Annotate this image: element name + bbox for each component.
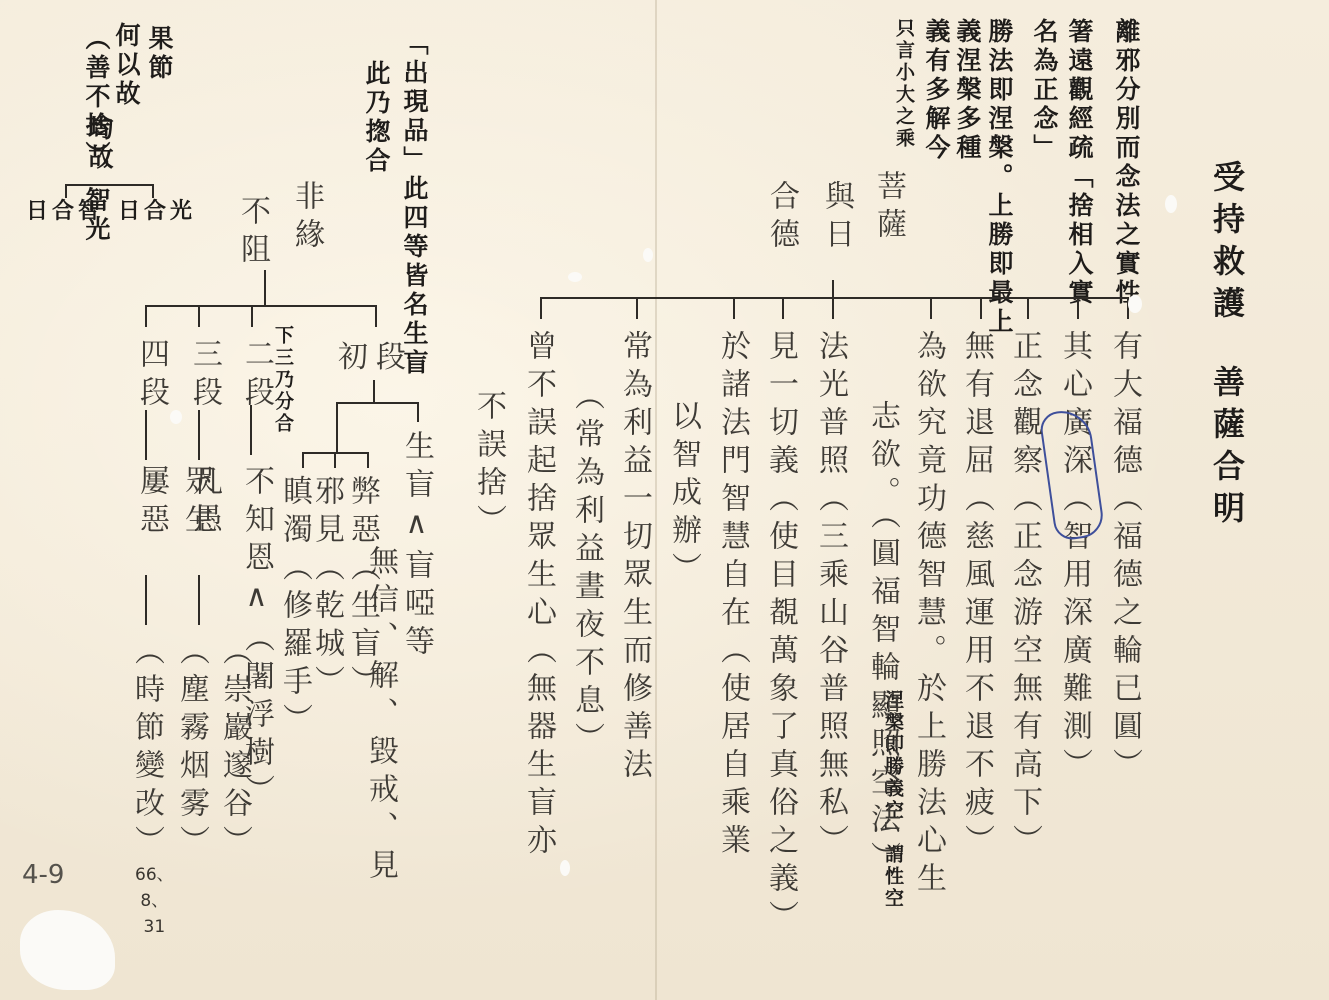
blue-pencil-loop-mark (1038, 407, 1105, 542)
left-tree-bar (145, 305, 375, 307)
branch-ri-he-zhi: 日合智 (26, 198, 104, 226)
left-bracket-drop (152, 184, 154, 198)
title-right-1: 受持救護 (1210, 160, 1244, 328)
tree-drop (540, 297, 542, 319)
paper-hole (643, 248, 653, 262)
note-column-3: 名為正念」 (1030, 18, 1058, 163)
tree-drop (782, 297, 784, 319)
leaf-bi-e: 弊惡（生盲） (346, 475, 378, 703)
paper-hole (560, 860, 570, 876)
branch-8: 於諸法門智慧自在（使居自乘業 (716, 330, 748, 862)
s3-line-2 (198, 575, 200, 625)
paper-fold (655, 0, 657, 1000)
left-bracket (65, 184, 153, 186)
tree-drop (1077, 297, 1079, 319)
tree-drop (636, 297, 638, 319)
left-tree-drop (198, 305, 200, 327)
branch-9: 常為利益一切眾生而修善法 (618, 330, 650, 786)
leaf-lu-e-gloss: （時節變改） (130, 635, 162, 863)
s1-bar (336, 402, 418, 404)
leaf-zhong-sheng: 眾生 (180, 465, 212, 541)
branch-6: 法光普照（三乘山谷普照無私） (814, 330, 846, 862)
s1-drop (336, 402, 338, 452)
tree-drop (832, 297, 834, 319)
branch-5b: 志欲。（圓福智輪顯照空法） (866, 400, 898, 879)
s2-line (250, 405, 252, 455)
left-tree-drop (145, 305, 147, 327)
section-3-label: 三段 (188, 338, 220, 414)
leaf-fan-yu-gloss-2: （塵霧烟雾） (175, 635, 207, 863)
section-2-label: 二段 (240, 338, 272, 414)
left-note-2: 何以故 (112, 22, 140, 109)
branch-4: 無有退屈（慈風運用不退不疲） (960, 330, 992, 862)
s1-drop (417, 402, 419, 422)
branch-8b: 以智成辦） (667, 400, 699, 590)
title-right-2: 善薩合明 (1210, 365, 1244, 533)
branch-10: 曾不誤起捨眾生心（無器生盲亦 (522, 330, 554, 862)
date-stamp: 66、8、31 (135, 862, 174, 940)
left-bracket-drop (65, 184, 67, 198)
note-column-1: 離邪分別而念法之實性 (1112, 18, 1140, 308)
branch-10b: 不誤捨） (472, 390, 504, 542)
section-1-label: 初段 (338, 342, 414, 374)
branch-ri-he-guang: 日合光 (118, 198, 196, 226)
left-note-1: 果節 (145, 25, 173, 83)
branch-7: 見一切義（使目覩萬象了真俗之義） (764, 330, 796, 938)
tree-bar (540, 297, 1128, 299)
note-column-2: 箸遠觀經疏「捨相入實 (1065, 18, 1093, 308)
s3-line (198, 410, 200, 460)
tree-drop (980, 297, 982, 319)
note-column-7: 只言小大之乘 (893, 18, 915, 150)
left-note-4: 均故 (85, 115, 113, 173)
note-column-4: 勝法即涅槃。上勝即最上 (985, 18, 1013, 337)
paper-hole (1165, 195, 1177, 213)
branch-2: 其心廣深（智用深廣難測） (1058, 330, 1090, 786)
tree-drop (1027, 297, 1029, 319)
paper-tear (20, 910, 115, 990)
middle-note-1: 「出現品」此四等皆名生盲 (400, 30, 428, 378)
tree-drop (733, 297, 735, 319)
s1-stem (373, 380, 375, 402)
s4-line-2 (145, 575, 147, 625)
note-column-5: 義涅槃多種 (953, 18, 981, 163)
paper-hole (568, 272, 582, 282)
paper-hole (170, 410, 182, 424)
s1-sub-drop (302, 452, 304, 468)
paper-hole (1128, 295, 1142, 313)
root-bu-zu: 不阻 (236, 195, 268, 271)
page-mark: 4-9 (22, 860, 64, 890)
branch-3: 正念觀察（正念游空無有高下） (1008, 330, 1040, 862)
branch-5: 為欲究竟功德智慧。於上勝法心生 (912, 330, 944, 900)
heading-bodhisattva: 菩薩 (872, 170, 904, 246)
s4-line (145, 410, 147, 460)
leaf-sheng-mang: 生盲∧盲啞等 (400, 430, 432, 663)
section-2-note: 下三乃分合 (272, 325, 294, 435)
leaf-fan-yu-gloss: （崇巖邃谷） (218, 635, 250, 863)
middle-note-2: 此乃揔合 (362, 60, 390, 176)
section-4-label: 四段 (135, 338, 167, 414)
branch-9-gloss: （常為利益晝夜不息） (570, 380, 602, 760)
leaf-lu-e: 屢惡 (135, 465, 167, 541)
note-column-6: 義有多解今 (922, 18, 950, 163)
tree-stem (832, 280, 834, 298)
leaf-chen-zhuo: 瞋濁（修羅手） (278, 475, 310, 741)
tree-drop (930, 297, 932, 319)
left-tree-drop (251, 305, 253, 327)
left-tree-stem (264, 270, 266, 306)
heading-yu-ri: 與日 (820, 180, 852, 256)
manuscript-page: 受持救護 善薩合明 離邪分別而念法之實性 箸遠觀經疏「捨相入實 名為正念」 勝法… (0, 0, 1329, 1000)
heading-he-de: 合德 (765, 180, 797, 256)
s1-sub-drop (367, 452, 369, 468)
branch-1: 有大福德（福德之輪已圓） (1108, 330, 1140, 786)
left-tree-drop (375, 305, 377, 327)
leaf-xie-jian: 邪見（乾城） (310, 475, 342, 703)
root-fei-yuan: 非緣 (290, 180, 322, 256)
s1-sub-drop (334, 452, 336, 468)
